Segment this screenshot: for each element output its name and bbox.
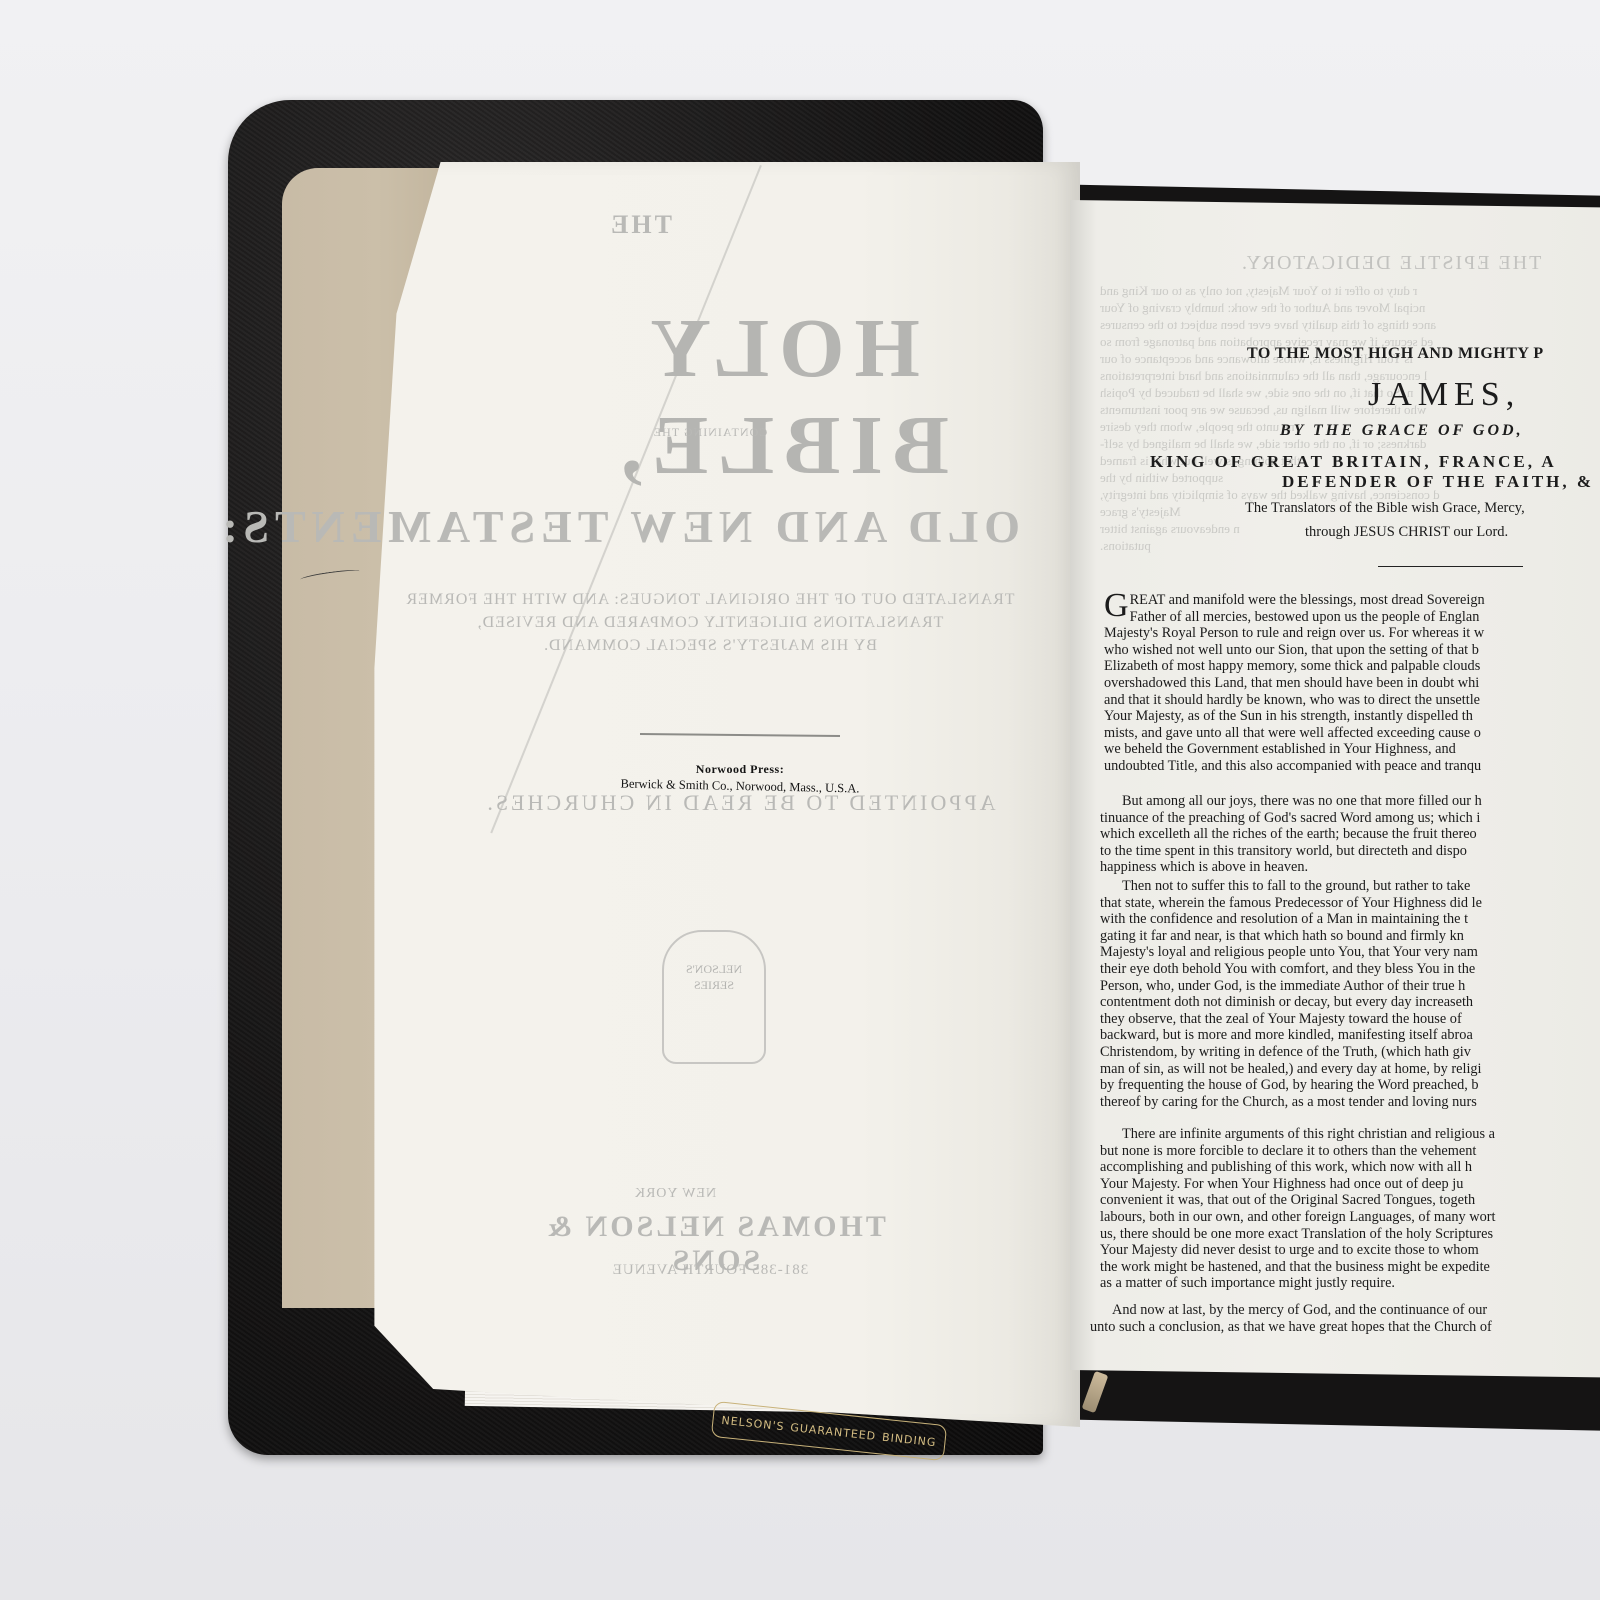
dedication-name: JAMES, <box>1368 376 1520 414</box>
bleed-epistle-header: THE EPISTLE DEDICATORY. <box>1240 252 1541 275</box>
text-line: with the confidence and resolution of a … <box>1100 911 1600 928</box>
stamp-text: BINDING <box>882 1430 938 1449</box>
text-line: Your Majesty did never desist to urge an… <box>1100 1242 1600 1259</box>
text-line: happiness which is above in heaven. <box>1100 859 1600 876</box>
text-line: by frequenting the house of God, by hear… <box>1100 1077 1600 1094</box>
bleed-testaments: OLD AND NEW TESTAMENTS: <box>420 500 1020 553</box>
text-line: who wished not well unto our Sion, that … <box>1104 642 1600 659</box>
text-line: Your Majesty, as of the Sun in his stren… <box>1104 708 1600 725</box>
paragraph-3: Then not to suffer this to fall to the g… <box>1100 878 1600 1110</box>
text-line: Then not to suffer this to fall to the g… <box>1100 878 1600 895</box>
text-line: as a matter of such importance might jus… <box>1100 1275 1600 1292</box>
printer-title: Norwood Press: <box>560 762 920 777</box>
bleed-translated-line: BY HIS MAJESTY'S SPECIAL COMMAND. <box>380 634 1040 657</box>
text-line: Majesty's Royal Person to rule and reign… <box>1104 625 1600 642</box>
text-line: There are infinite arguments of this rig… <box>1100 1126 1600 1143</box>
text-line: accomplishing and publishing of this wor… <box>1100 1159 1600 1176</box>
bleed-title: HOLY BIBLE, <box>520 300 1040 494</box>
dedication-grace: BY THE GRACE OF GOD, <box>1280 422 1524 440</box>
text-line: but none is more forcible to declare it … <box>1100 1143 1600 1160</box>
text-line: overshadowed this Land, that men should … <box>1104 675 1600 692</box>
dedication-king: KING OF GREAT BRITAIN, FRANCE, A <box>1150 452 1557 472</box>
emblem-text: NELSON'S <box>664 962 764 977</box>
dedication-defender: DEFENDER OF THE FAITH, & <box>1282 472 1594 492</box>
text-line: labours, both in our own, and other fore… <box>1100 1209 1600 1226</box>
bleed-city: NEW YORK <box>600 1186 750 1202</box>
bleed-translated-line: TRANSLATED OUT OF THE ORIGINAL TONGUES: … <box>380 588 1040 611</box>
bleed-line: ance things of this quality have ever be… <box>1100 316 1600 333</box>
emblem-text: SERIES <box>664 978 764 993</box>
bleed-address: 381-385 FOURTH AVENUE <box>560 1262 860 1279</box>
text-line: the work might be hastened, and that the… <box>1100 1259 1600 1276</box>
text-line: Person, who, under God, is the immediate… <box>1100 978 1600 995</box>
dedication-rule <box>1378 566 1523 567</box>
photo-scene: THE HOLY BIBLE, CONTAINING THE OLD AND N… <box>0 0 1600 1600</box>
text-line: Your Majesty. For when Your Highness had… <box>1100 1176 1600 1193</box>
text-line: they observe, that the zeal of Your Maje… <box>1100 1011 1600 1028</box>
paragraph-1: GREAT and manifold were the blessings, m… <box>1104 592 1600 775</box>
dedication-translators: The Translators of the Bible wish Grace,… <box>1245 500 1525 517</box>
bleed-line: who therefore will malign us, because we… <box>1100 401 1600 418</box>
stamp-text: GUARANTEED <box>790 1420 877 1442</box>
text-line: REAT and manifold were the blessings, mo… <box>1130 592 1485 608</box>
text-line: which excelleth all the riches of the ea… <box>1100 826 1600 843</box>
text-line: Christendom, by writing in defence of th… <box>1100 1044 1600 1061</box>
bleed-translated-line: TRANSLATIONS DILIGENTLY COMPARED AND REV… <box>380 611 1040 634</box>
bleed-line: n. So that if, on the one side, we shall… <box>1100 384 1600 401</box>
dedication-line: TO THE MOST HIGH AND MIGHTY P <box>1247 345 1544 363</box>
text-line: us, there should be one more exact Trans… <box>1100 1226 1600 1243</box>
stamp-text: NELSON'S <box>721 1413 785 1433</box>
text-line: undoubted Title, and this also accompani… <box>1104 758 1600 775</box>
text-line: and that it should hardly be known, who … <box>1104 692 1600 709</box>
text-line: Father of all mercies, bestowed upon us … <box>1104 609 1600 626</box>
paragraph-4: There are infinite arguments of this rig… <box>1100 1126 1600 1292</box>
text-line: contentment doth not diminish or decay, … <box>1100 994 1600 1011</box>
text-line: gating it far and near, is that which ha… <box>1100 928 1600 945</box>
text-line: their eye doth behold You with comfort, … <box>1100 961 1600 978</box>
text-line: we beheld the Government established in … <box>1104 741 1600 758</box>
text-line: mists, and gave unto all that were well … <box>1104 725 1600 742</box>
text-line: thereof by caring for the Church, as a m… <box>1100 1094 1600 1111</box>
dropcap: G <box>1104 592 1129 620</box>
paragraph-2: But among all our joys, there was no one… <box>1100 793 1600 876</box>
text-line: But among all our joys, there was no one… <box>1100 793 1600 810</box>
text-line: And now at last, by the mercy of God, an… <box>1090 1302 1600 1319</box>
bleed-line: ncipal Mover and Author of the work: hum… <box>1100 299 1600 316</box>
bleed-containing: CONTAINING THE <box>560 425 860 440</box>
text-line: to the time spent in this transitory wor… <box>1100 843 1600 860</box>
paragraph-5: And now at last, by the mercy of God, an… <box>1090 1302 1600 1335</box>
text-line: unto such a conclusion, as that we have … <box>1090 1319 1600 1336</box>
bleed-the: THE <box>430 210 850 240</box>
text-line: tinuance of the preaching of God's sacre… <box>1100 810 1600 827</box>
text-line: Majesty's loyal and religious people unt… <box>1100 944 1600 961</box>
text-line: convenient it was, that out of the Origi… <box>1100 1192 1600 1209</box>
bleed-line: l encourage, than all the calumniations … <box>1100 367 1600 384</box>
nelson-emblem-icon: NELSON'S SERIES <box>662 930 766 1064</box>
text-line: man of sin, as will not be healed,) and … <box>1100 1061 1600 1078</box>
text-line: Elizabeth of most happy memory, some thi… <box>1104 658 1600 675</box>
printer-imprint: Norwood Press: Berwick & Smith Co., Norw… <box>560 762 920 794</box>
bleed-translated: TRANSLATED OUT OF THE ORIGINAL TONGUES: … <box>380 588 1040 657</box>
text-line: that state, wherein the famous Predecess… <box>1100 895 1600 912</box>
text-line: backward, but is more and more kindled, … <box>1100 1027 1600 1044</box>
bleed-line: r duty to offer it to Your Majesty, not … <box>1100 282 1600 299</box>
dedication-through: through JESUS CHRIST our Lord. <box>1305 524 1508 541</box>
